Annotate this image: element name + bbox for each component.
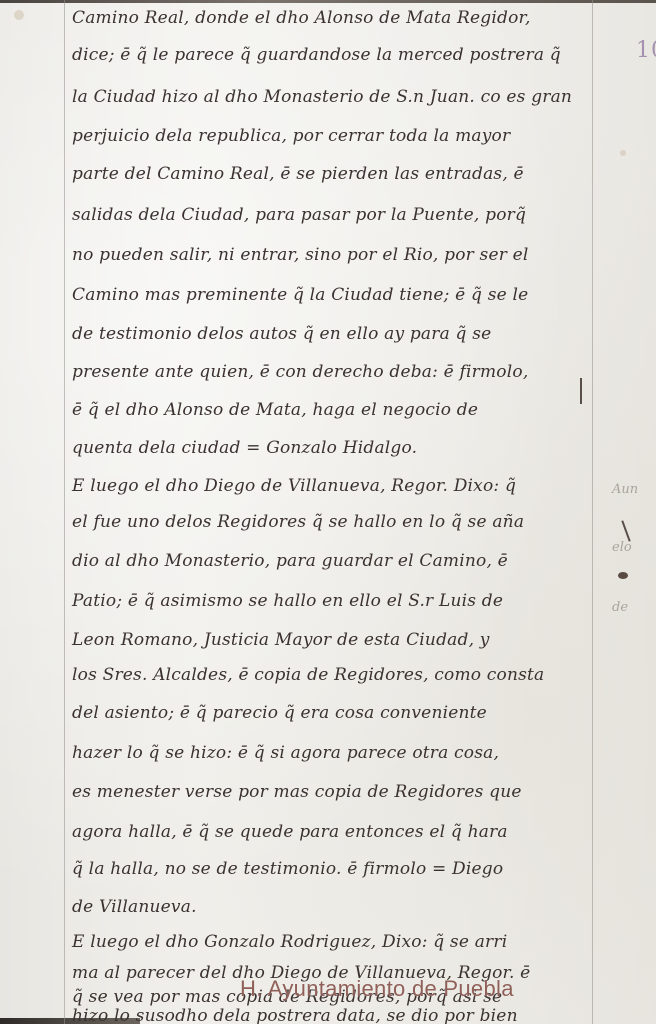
text-line: los Sres. Alcaldes, ē copia de Regidores… bbox=[72, 665, 544, 685]
paper-stain bbox=[620, 150, 626, 156]
text-line: de testimonio delos autos q̃ en ello ay … bbox=[72, 324, 491, 344]
text-line: E luego el dho Diego de Villanueva, Rego… bbox=[72, 476, 516, 496]
paper-stain bbox=[14, 10, 24, 20]
margin-note: de bbox=[612, 600, 628, 615]
text-line: Leon Romano, Justicia Mayor de esta Ciud… bbox=[72, 630, 490, 650]
archive-watermark: H. Ayuntamiento de Puebla bbox=[240, 976, 514, 1002]
text-line: Patio; ē q̃ asimismo se hallo en ello el… bbox=[72, 591, 503, 611]
right-margin-rule bbox=[592, 0, 593, 1024]
text-line: Camino mas preminente q̃ la Ciudad tiene… bbox=[72, 285, 528, 305]
text-line: E luego el dho Gonzalo Rodriguez, Dixo: … bbox=[72, 932, 507, 952]
text-line: no pueden salir, ni entrar, sino por el … bbox=[72, 245, 529, 265]
text-line: el fue uno delos Regidores q̃ se hallo e… bbox=[72, 512, 524, 532]
manuscript-page: 10 Aun elo de Camino Real, donde el dho … bbox=[0, 0, 656, 1024]
text-line: la Ciudad hizo al dho Monasterio de S.n … bbox=[72, 87, 572, 107]
text-line: Camino Real, donde el dho Alonso de Mata… bbox=[72, 8, 531, 28]
text-line: hizo lo susodho dela postrera data, se d… bbox=[72, 1006, 518, 1024]
left-margin-rule bbox=[64, 0, 65, 1024]
text-line: salidas dela Ciudad, para pasar por la P… bbox=[72, 205, 526, 225]
ink-stroke bbox=[621, 520, 630, 541]
text-line: es menester verse por mas copia de Regid… bbox=[72, 782, 522, 802]
folio-number: 10 bbox=[636, 38, 656, 63]
text-line: hazer lo q̃ se hizo: ē q̃ si agora parec… bbox=[72, 743, 499, 763]
ink-stroke bbox=[580, 378, 582, 404]
text-line: ē q̃ el dho Alonso de Mata, haga el nego… bbox=[72, 400, 478, 420]
text-line: quenta dela ciudad = Gonzalo Hidalgo. bbox=[72, 438, 417, 458]
margin-note: Aun bbox=[612, 482, 638, 497]
text-line: dice; ē q̃ le parece q̃ guardandose la m… bbox=[72, 45, 561, 65]
text-line: de Villanueva. bbox=[72, 897, 197, 917]
text-line: presente ante quien, ē con derecho deba:… bbox=[72, 362, 528, 382]
text-line: perjuicio dela republica, por cerrar tod… bbox=[72, 126, 510, 146]
text-line: q̃ la halla, no se de testimonio. ē firm… bbox=[72, 859, 503, 879]
text-line: dio al dho Monasterio, para guardar el C… bbox=[72, 551, 508, 571]
margin-note: elo bbox=[612, 540, 632, 555]
ink-blot bbox=[618, 572, 628, 579]
page-top-edge bbox=[0, 0, 656, 3]
text-line: del asiento; ē q̃ parecio q̃ era cosa co… bbox=[72, 703, 487, 723]
text-line: parte del Camino Real, ē se pierden las … bbox=[72, 164, 524, 184]
text-line: agora halla, ē q̃ se quede para entonces… bbox=[72, 822, 508, 842]
